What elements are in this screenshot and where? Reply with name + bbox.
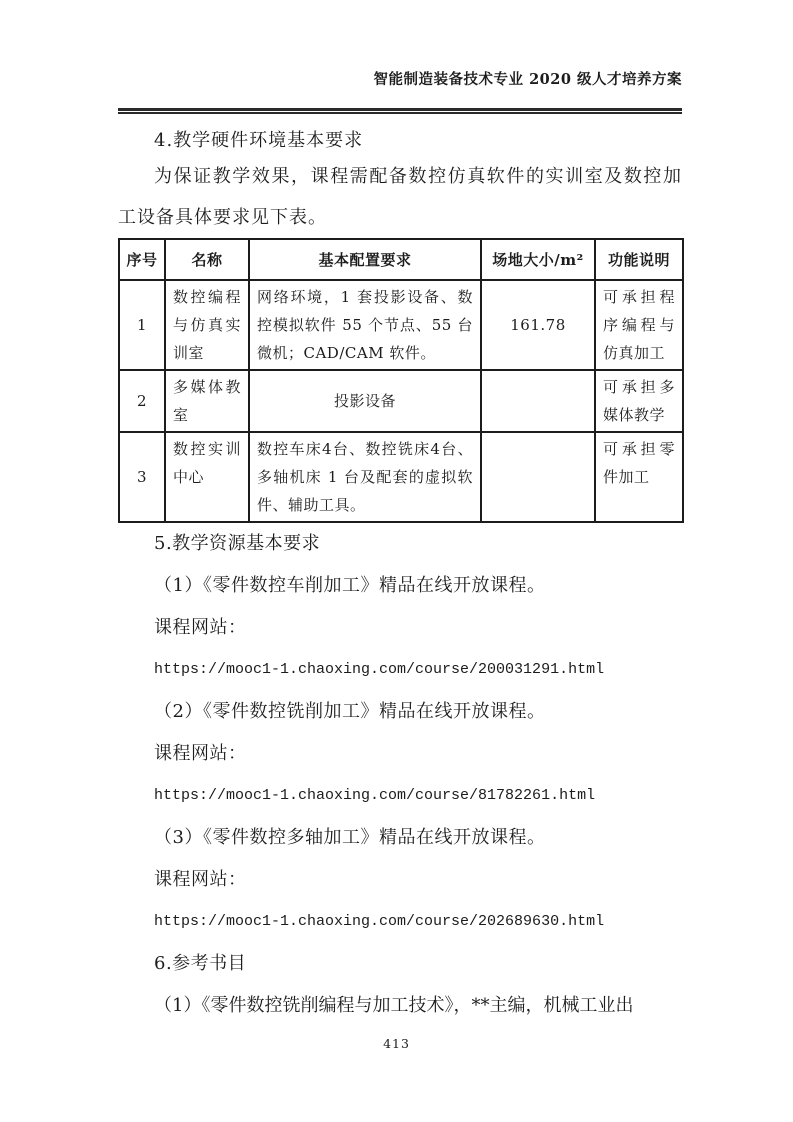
cell-index: 3 xyxy=(119,432,165,522)
course-item-label: （3）《零件数控多轴加工》精品在线开放课程。 xyxy=(118,817,682,859)
cell-name: 数控编程与仿真实训室 xyxy=(165,280,249,370)
section-6-heading: 6.参考书目 xyxy=(118,943,682,985)
table-header-row: 序号 名称 基本配置要求 场地大小/m² 功能说明 xyxy=(119,239,683,280)
cell-function: 可承担零件加工 xyxy=(595,432,683,522)
col-header-area: 场地大小/m² xyxy=(481,239,595,280)
hardware-requirements-table: 序号 名称 基本配置要求 场地大小/m² 功能说明 1 数控编程与仿真实训室 网… xyxy=(118,238,684,523)
document-page: 智能制造装备技术专业 2020 级人才培养方案 4.教学硬件环境基本要求 为保证… xyxy=(0,0,793,1122)
col-header-index: 序号 xyxy=(119,239,165,280)
course-site-label: 课程网站： xyxy=(118,859,682,901)
cell-name: 多媒体教室 xyxy=(165,370,249,432)
reference-item: （1）《零件数控铣削编程与加工技术》，**主编，机械工业出 xyxy=(118,985,682,1027)
course-site-label: 课程网站： xyxy=(118,733,682,775)
page-number: 413 xyxy=(0,1036,793,1051)
cell-config: 数控车床4台、数控铣床4台、多轴机床 1 台及配套的虚拟软件、辅助工具。 xyxy=(249,432,481,522)
course-item-label: （1）《零件数控车削加工》精品在线开放课程。 xyxy=(118,565,682,607)
page-content: 智能制造装备技术专业 2020 级人才培养方案 4.教学硬件环境基本要求 为保证… xyxy=(118,0,682,1027)
cell-function: 可承担多媒体教学 xyxy=(595,370,683,432)
course-site-label: 课程网站： xyxy=(118,607,682,649)
header-double-rule xyxy=(118,108,682,114)
section-4-heading: 4.教学硬件环境基本要求 xyxy=(118,126,682,156)
section-5-heading: 5.教学资源基本要求 xyxy=(118,523,682,565)
cell-area xyxy=(481,432,595,522)
table-row: 2 多媒体教室 投影设备 可承担多媒体教学 xyxy=(119,370,683,432)
course-url: https://mooc1-1.chaoxing.com/course/8178… xyxy=(118,775,682,817)
col-header-name: 名称 xyxy=(165,239,249,280)
cell-function: 可承担程序编程与仿真加工 xyxy=(595,280,683,370)
table-row: 3 数控实训中心 数控车床4台、数控铣床4台、多轴机床 1 台及配套的虚拟软件、… xyxy=(119,432,683,522)
cell-index: 2 xyxy=(119,370,165,432)
cell-index: 1 xyxy=(119,280,165,370)
col-header-config: 基本配置要求 xyxy=(249,239,481,280)
course-url: https://mooc1-1.chaoxing.com/course/2026… xyxy=(118,901,682,943)
cell-config: 投影设备 xyxy=(249,370,481,432)
cell-name: 数控实训中心 xyxy=(165,432,249,522)
table-row: 1 数控编程与仿真实训室 网络环境，1 套投影设备、数控模拟软件 55 个节点、… xyxy=(119,280,683,370)
running-header-title: 智能制造装备技术专业 2020 级人才培养方案 xyxy=(118,70,682,90)
cell-area xyxy=(481,370,595,432)
section-4-intro-paragraph: 为保证教学效果，课程需配备数控仿真软件的实训室及数控加工设备具体要求见下表。 xyxy=(118,156,682,238)
cell-area: 161.78 xyxy=(481,280,595,370)
course-url: https://mooc1-1.chaoxing.com/course/2000… xyxy=(118,649,682,691)
col-header-function: 功能说明 xyxy=(595,239,683,280)
cell-config: 网络环境，1 套投影设备、数控模拟软件 55 个节点、55 台微机；CAD/CA… xyxy=(249,280,481,370)
course-item-label: （2）《零件数控铣削加工》精品在线开放课程。 xyxy=(118,691,682,733)
